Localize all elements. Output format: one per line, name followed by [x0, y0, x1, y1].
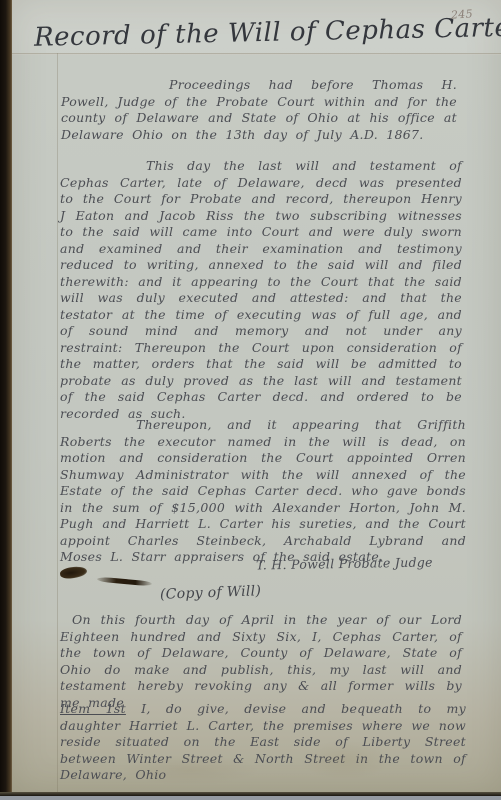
item-1-label: Item 1st — [60, 701, 126, 716]
paper-stain — [120, 755, 260, 785]
judge-signature: T. H. Powell Probate Judge — [256, 554, 433, 572]
left-margin-line — [57, 53, 58, 794]
title-ruled-line — [12, 53, 501, 55]
paragraph-administrator-appointment: Thereupon, and it appearing that Griffit… — [60, 417, 466, 566]
paragraph-proceedings: Proceedings had before Thomas H. Powell,… — [61, 77, 457, 143]
paragraph-probate-order: This day the last will and testament of … — [60, 158, 462, 422]
paragraph-will-preamble: On this fourth day of April in the year … — [60, 612, 462, 711]
page-bottom-edge — [0, 792, 501, 796]
paper-stain — [300, 740, 390, 780]
scanned-will-record-page: 245 Record of the Will of Cephas Carter … — [0, 0, 501, 800]
